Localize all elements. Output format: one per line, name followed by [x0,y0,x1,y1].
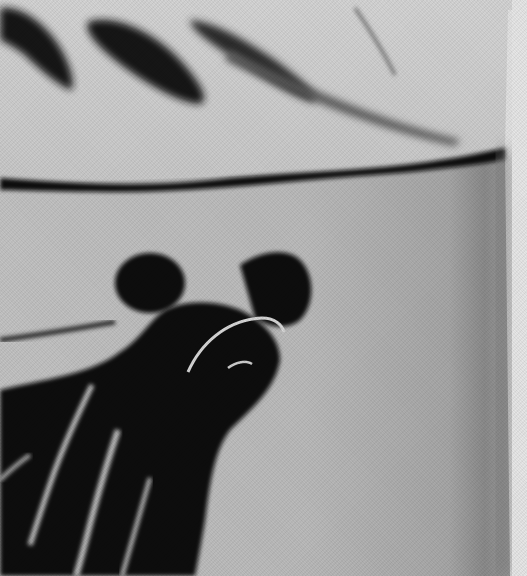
vase-illustration [0,0,527,576]
figure-head-left [115,253,185,313]
vase-photograph: Grayscale photograph of a vase fragment … [0,0,527,576]
background-edge [512,0,527,576]
vase-edge-shadow [497,150,511,576]
vase-shoulder [0,0,527,185]
